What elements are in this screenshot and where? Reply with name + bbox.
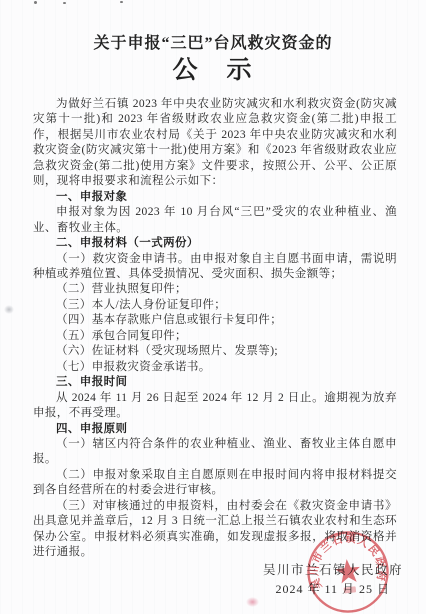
heading-application-target: 一、申报对象 <box>33 190 397 205</box>
material-item-4: （四）基本存款账户信息或银行卡复印件； <box>33 313 397 328</box>
seal-code-mark <box>344 586 357 593</box>
notice-document-page: 关于申报“三巴”台风救灾资金的 公 示 为做好兰石镇 2023 年中央农业防灾减… <box>0 0 426 614</box>
heading-time: 三、申报时间 <box>33 375 397 390</box>
paragraph-target: 申报对象为因 2023 年 10 月台风“三巴”受灾的农业种植业、渔业、畜牧业主… <box>33 205 397 236</box>
scan-speck <box>63 2 66 4</box>
material-item-6: （六）佐证材料（受灾现场照片、发票等); <box>33 344 397 359</box>
document-title-line2: 公 示 <box>0 50 426 86</box>
paragraph-intro: 为做好兰石镇 2023 年中央农业防灾减灾和水利救灾资金(防灾减灾第十一批)和 … <box>33 97 397 190</box>
seal-star-icon <box>334 558 361 584</box>
material-item-2: （二）营业执照复印件； <box>33 282 397 297</box>
official-seal: 吴川市兰石镇人民政府 <box>302 526 394 614</box>
scan-speck <box>120 1 123 3</box>
seal-arc-text: 吴川市兰石镇人民政府 <box>304 527 390 591</box>
principle-item-2: （二）申报对象采取自主自愿原则在申报时间内将申报材料提交到各自经营所在的村委会进… <box>33 468 397 499</box>
official-seal-graphic: 吴川市兰石镇人民政府 <box>302 526 394 614</box>
scan-smudge <box>4 305 14 314</box>
principle-item-1: （一）辖区内符合条件的农业种植业、渔业、畜牧业主体自愿申报。 <box>33 437 397 468</box>
seal-ink-smudge <box>246 597 259 607</box>
paragraph-time: 从 2024 年 11 月 26 日起至 2024 年 12 月 2 日止。逾期… <box>33 391 397 422</box>
material-item-5: （五）承包合同复印件； <box>33 329 397 344</box>
scan-speck <box>34 1 37 4</box>
material-item-7: （七）申报救灾资金承诺书。 <box>33 360 397 375</box>
document-body: 为做好兰石镇 2023 年中央农业防灾减灾和水利救灾资金(防灾减灾第十一批)和 … <box>33 97 397 561</box>
heading-principles: 四、申报原则 <box>33 422 397 437</box>
material-item-1: （一）救灾资金申请书。由申报对象自主自愿书面申请，需说明种植或养殖位置、具体受损… <box>33 252 397 283</box>
heading-materials: 二、申报材料（一式两份） <box>33 236 397 251</box>
material-item-3: （三）本人/法人身份证复印件； <box>33 298 397 313</box>
